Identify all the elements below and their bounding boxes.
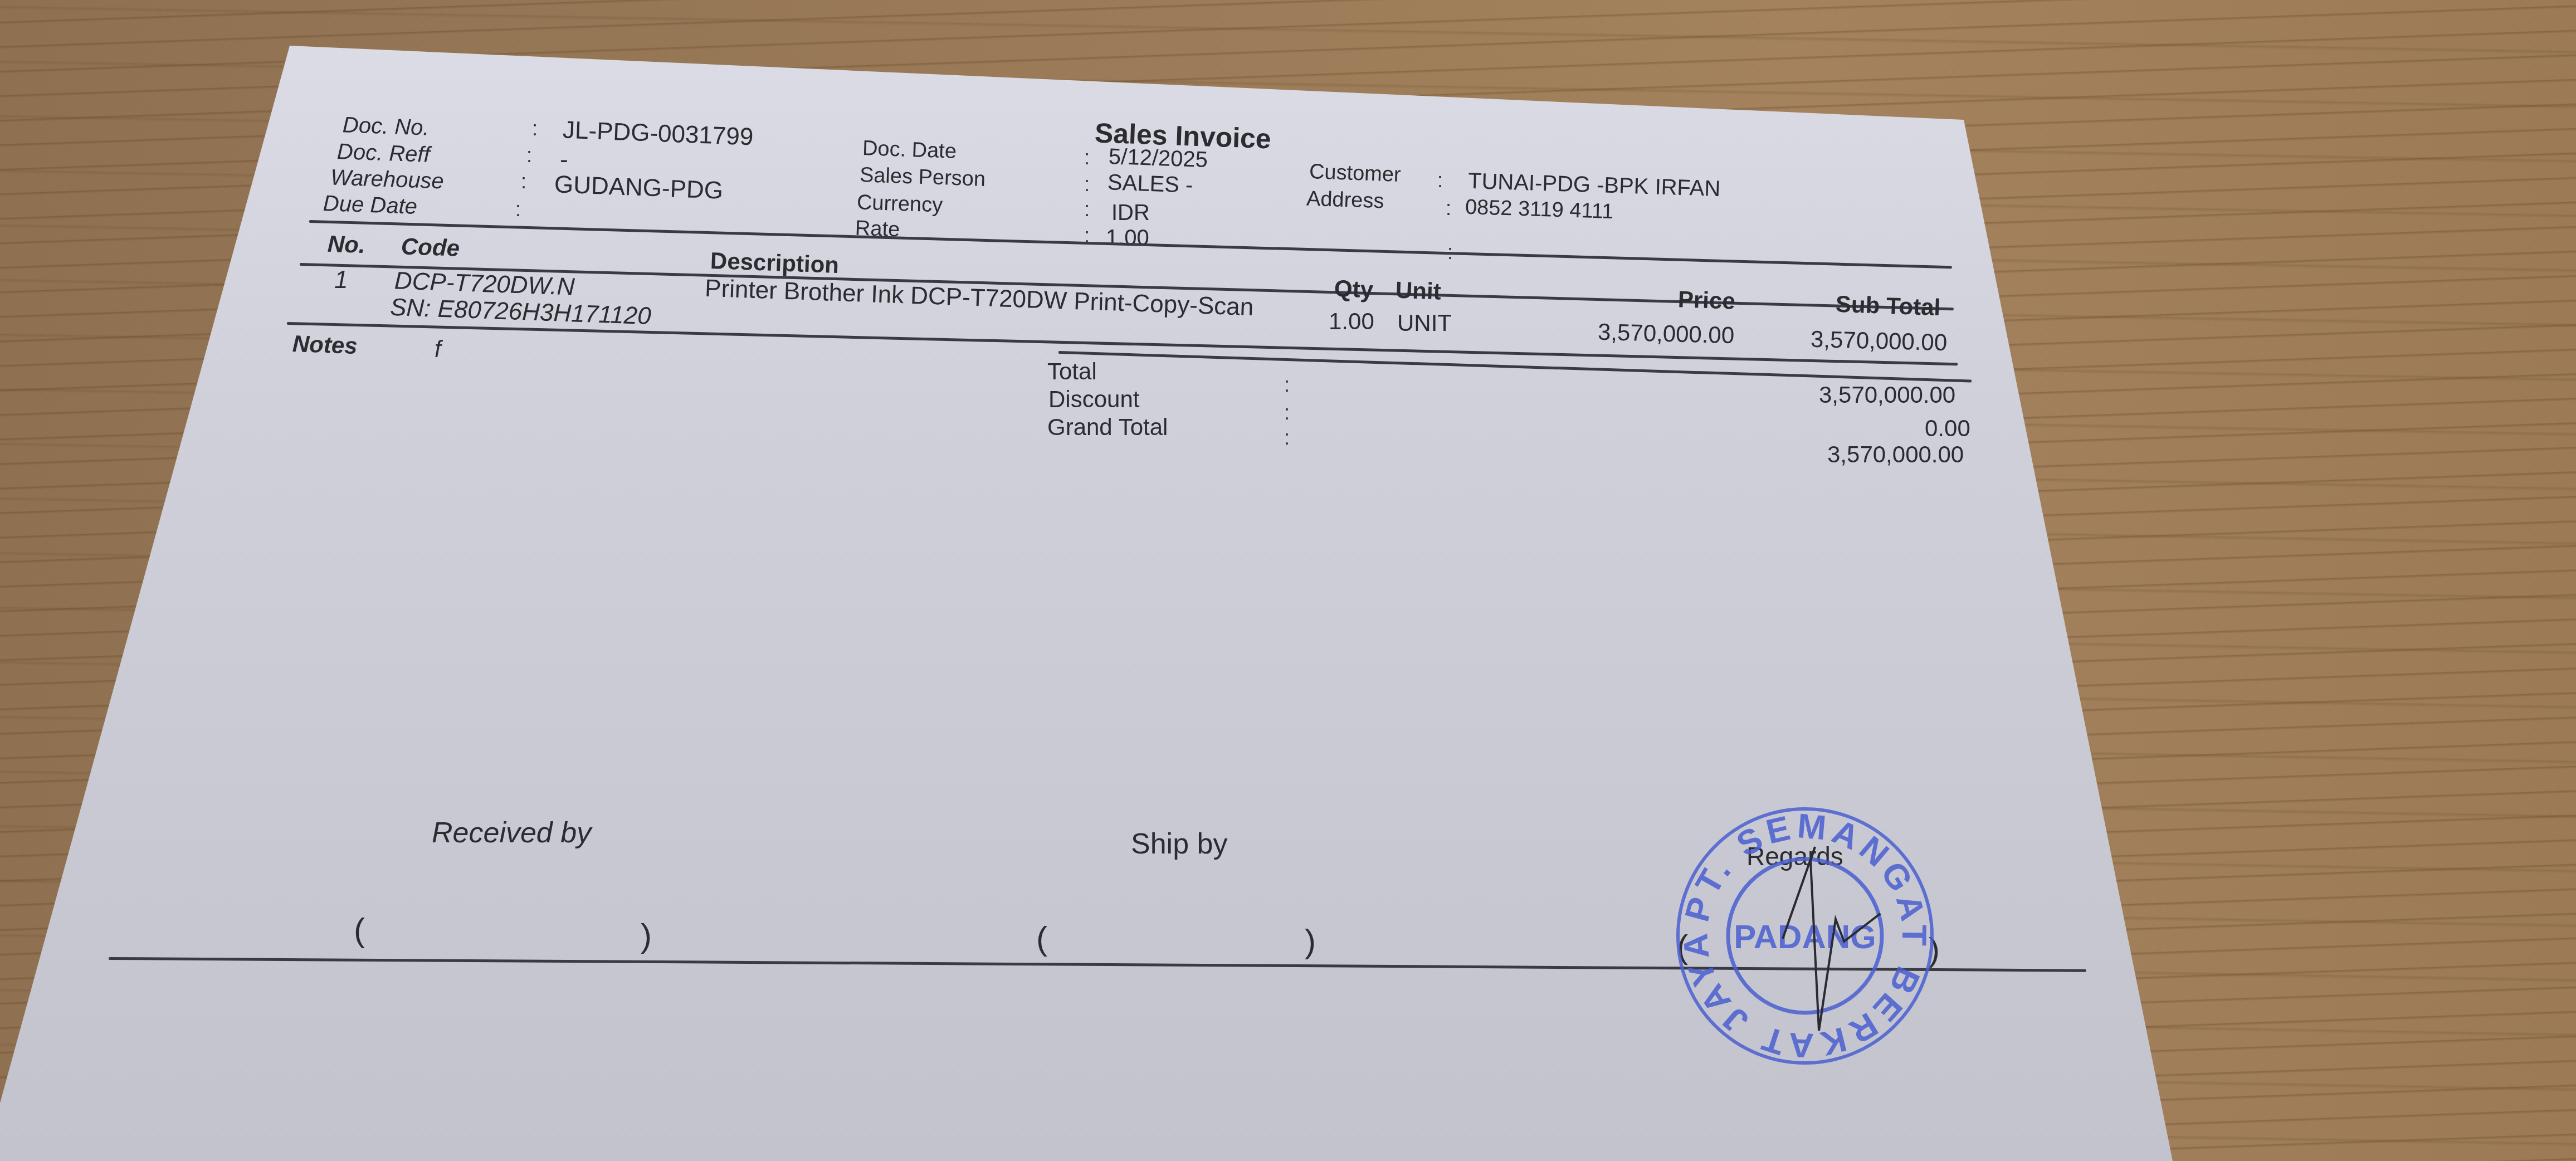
- row-qty: 1.00: [1329, 308, 1374, 335]
- ship-by-close-paren: ): [1305, 922, 1316, 960]
- doc-no-label: Doc. No.: [342, 113, 430, 140]
- row-price: 3,570,000.00: [1597, 319, 1734, 349]
- colon: :: [1284, 373, 1290, 397]
- colon: :: [515, 198, 521, 221]
- sales-person-value: SALES -: [1107, 170, 1193, 198]
- due-date-label: Due Date: [323, 191, 417, 219]
- colon: :: [1084, 198, 1090, 221]
- col-qty: Qty: [1334, 275, 1374, 303]
- colon: :: [1437, 169, 1443, 192]
- rate-value: 1.00: [1106, 226, 1149, 251]
- col-description: Description: [710, 247, 840, 279]
- total-value: 3,570,000.00: [1819, 382, 1955, 408]
- discount-value: 0.00: [1925, 415, 1970, 442]
- doc-reff-label: Doc. Reff: [336, 139, 430, 168]
- colon: :: [521, 170, 526, 193]
- sales-person-label: Sales Person: [859, 163, 985, 192]
- ship-by-label: Ship by: [1131, 827, 1227, 861]
- col-subtotal: Sub Total: [1835, 291, 1941, 321]
- colon: :: [532, 117, 538, 140]
- row-unit: UNIT: [1397, 310, 1452, 336]
- col-unit: Unit: [1395, 277, 1441, 305]
- grand-total-value: 3,570,000.00: [1827, 441, 1964, 468]
- doc-date-value: 5/12/2025: [1108, 144, 1208, 173]
- stamp-center-text: PADANG: [1734, 918, 1876, 955]
- address-value: 0852 3119 4111: [1465, 196, 1613, 224]
- colon: :: [1084, 146, 1090, 169]
- currency-value: IDR: [1111, 201, 1150, 226]
- notes-value: f: [435, 336, 441, 363]
- colon: :: [1446, 197, 1451, 220]
- total-label: Total: [1047, 358, 1097, 385]
- colon: :: [1284, 401, 1290, 425]
- discount-label: Discount: [1048, 386, 1139, 413]
- col-code: Code: [401, 233, 460, 262]
- customer-label: Customer: [1309, 160, 1401, 187]
- col-price: Price: [1677, 286, 1735, 315]
- company-stamp-icon: PT. SEMANGAT BERKAT JAYA ★ PADANG: [1671, 802, 1939, 1070]
- ship-by-open-paren: (: [1036, 919, 1047, 958]
- grand-total-label: Grand Total: [1047, 414, 1168, 441]
- notes-label: Notes: [292, 330, 358, 359]
- warehouse-label: Warehouse: [330, 165, 444, 194]
- colon: :: [1084, 173, 1090, 196]
- row-no: 1: [334, 266, 348, 294]
- col-no: No.: [327, 231, 365, 258]
- colon: :: [526, 144, 532, 167]
- address-label: Address: [1306, 187, 1384, 214]
- received-by-label: Received by: [432, 816, 591, 850]
- received-by-close-paren: ): [641, 916, 652, 955]
- doc-date-label: Doc. Date: [862, 136, 957, 164]
- colon: :: [1284, 426, 1290, 450]
- row-subtotal: 3,570,000.00: [1810, 326, 1947, 356]
- currency-label: Currency: [856, 191, 943, 217]
- received-by-open-paren: (: [354, 911, 365, 949]
- doc-reff-value: -: [560, 146, 568, 174]
